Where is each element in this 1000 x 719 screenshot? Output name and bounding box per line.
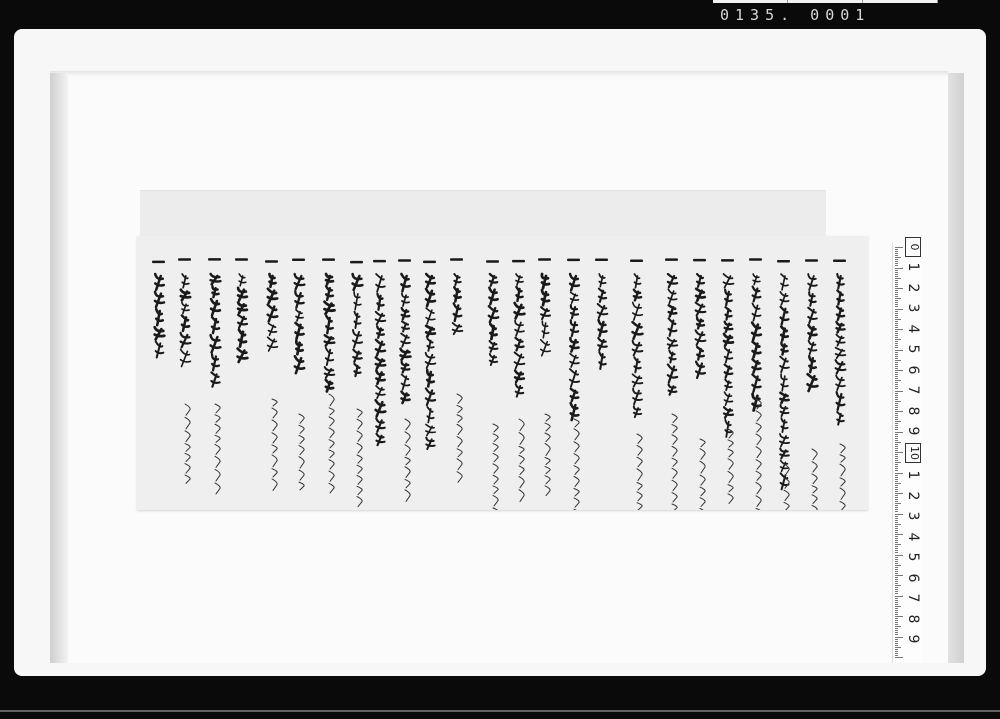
ruler-digit: 7	[903, 380, 923, 400]
ruler-tick	[895, 315, 898, 316]
annotation-glyph	[672, 504, 677, 510]
main-text-glyph	[598, 338, 606, 350]
ruler-tick	[895, 347, 898, 348]
main-text-glyph	[809, 292, 815, 306]
main-text-glyph	[697, 274, 704, 287]
main-text-glyph	[377, 294, 383, 310]
main-text-glyph	[696, 362, 705, 378]
main-text-glyph	[156, 309, 163, 325]
main-text-glyph	[724, 274, 734, 288]
ruler-tick	[895, 555, 903, 556]
main-text-glyph	[570, 274, 579, 290]
ruler-tick	[895, 626, 901, 627]
annotation-glyph	[672, 446, 677, 456]
document-column	[486, 260, 499, 510]
ruler-tick	[895, 352, 898, 353]
main-text-glyph	[376, 370, 384, 383]
ruler-tick	[895, 475, 898, 476]
ruler-tick	[895, 522, 898, 523]
ruler-tick	[895, 479, 898, 480]
ruler-tick	[895, 446, 898, 447]
ruler-tick	[895, 532, 898, 533]
main-text-glyph	[571, 320, 578, 336]
annotation-glyph	[329, 417, 334, 426]
annotation-glyph	[574, 509, 579, 510]
ruler-tick	[895, 577, 898, 578]
main-text-glyph	[753, 287, 761, 302]
annotation-glyph	[357, 486, 362, 494]
item-marker	[567, 259, 580, 262]
main-text-glyph	[837, 392, 845, 410]
main-text-glyph	[239, 274, 246, 286]
ruler-tick	[895, 632, 898, 633]
ruler-digit: 5	[903, 339, 923, 359]
ruler-tick	[895, 419, 898, 420]
annotation-glyph	[545, 467, 550, 474]
ruler-tick	[895, 546, 898, 547]
main-text-glyph	[571, 292, 579, 303]
main-text-glyph	[633, 389, 642, 404]
main-text-glyph	[668, 338, 678, 349]
document-column	[721, 259, 734, 503]
main-text-glyph	[781, 327, 788, 341]
main-text-glyph	[268, 323, 276, 335]
main-text-glyph	[781, 473, 789, 489]
ruler-tick	[895, 466, 898, 467]
main-text-glyph	[427, 370, 434, 386]
annotation-glyph	[272, 479, 277, 491]
annotation-glyph	[700, 475, 705, 485]
annotation-glyph	[272, 469, 277, 477]
document-column	[178, 258, 191, 483]
main-text-glyph	[353, 274, 363, 290]
annotation-glyph	[493, 486, 498, 494]
ruler-tick	[895, 382, 898, 383]
document-column	[693, 259, 706, 510]
main-text-glyph	[402, 374, 410, 389]
ruler-tick	[895, 306, 898, 307]
main-text-glyph	[490, 341, 498, 352]
annotation-glyph	[637, 483, 642, 490]
ruler-label-zero: 0	[905, 237, 921, 257]
main-text-glyph	[376, 274, 385, 292]
ruler-tick	[895, 272, 898, 273]
ruler-digit: 1	[903, 257, 923, 277]
annotation-glyph	[728, 494, 733, 504]
ruler-tick	[895, 579, 898, 580]
ruler-tick	[895, 436, 898, 437]
main-text-glyph	[542, 321, 548, 338]
ruler-tick	[895, 327, 898, 328]
annotation-glyph	[215, 424, 220, 433]
item-marker	[630, 259, 643, 262]
main-text-glyph	[515, 303, 525, 319]
main-text-glyph	[238, 302, 247, 312]
item-marker	[777, 260, 790, 263]
main-text-glyph	[634, 357, 640, 372]
main-text-glyph	[426, 289, 435, 306]
ruler-tick	[895, 329, 903, 330]
main-text-glyph	[725, 322, 733, 332]
ruler-tick	[895, 645, 898, 646]
annotation-glyph	[840, 478, 845, 486]
document-column	[322, 258, 335, 492]
main-text-glyph	[454, 303, 462, 321]
main-text-glyph	[211, 372, 219, 386]
document-column	[292, 259, 305, 490]
ruler-tick	[895, 317, 898, 318]
annotation-glyph	[299, 446, 304, 455]
ruler-tick	[895, 335, 898, 336]
annotation-glyph	[519, 433, 524, 445]
annotation-glyph	[812, 462, 817, 472]
main-text-glyph	[752, 375, 760, 392]
main-text-glyph	[753, 342, 761, 357]
annotation-glyph	[357, 455, 362, 463]
main-text-glyph	[696, 289, 705, 301]
document-column	[595, 258, 608, 369]
annotation-glyph	[299, 435, 304, 443]
annotation-glyph	[405, 445, 410, 455]
ruler-tick	[895, 483, 901, 484]
annotation-glyph	[574, 498, 579, 507]
ruler-tick	[895, 434, 898, 435]
ruler-tick	[895, 468, 898, 469]
item-marker	[805, 259, 818, 262]
main-text-glyph	[837, 412, 844, 425]
annotation-glyph	[185, 431, 190, 442]
main-text-glyph	[837, 307, 844, 320]
main-text-glyph	[426, 388, 435, 404]
annotation-glyph	[840, 464, 845, 476]
ruler-tick	[895, 253, 898, 254]
main-text-glyph	[542, 274, 549, 288]
main-text-glyph	[780, 448, 788, 458]
ruler-tick	[895, 270, 898, 271]
main-text-glyph	[426, 424, 435, 435]
main-text-glyph	[238, 315, 247, 328]
ruler-tick	[895, 448, 898, 449]
annotation-glyph	[700, 487, 705, 496]
ruler-tick	[895, 614, 898, 615]
main-text-glyph	[598, 304, 608, 318]
ruler-tick	[895, 399, 898, 400]
ruler-tick	[895, 415, 898, 416]
main-text-glyph	[426, 437, 434, 449]
main-text-glyph	[376, 418, 384, 431]
annotation-glyph	[215, 435, 220, 442]
ruler-tick	[895, 608, 898, 609]
main-text-glyph	[781, 405, 789, 416]
main-text-glyph	[376, 340, 385, 356]
document-column	[373, 260, 386, 445]
annotation-glyph	[272, 433, 277, 443]
annotation-glyph	[672, 425, 677, 433]
annotation-glyph	[756, 508, 761, 510]
item-marker	[235, 258, 248, 261]
annotation-glyph	[329, 394, 334, 406]
document-column	[265, 260, 278, 490]
document-column	[398, 259, 411, 501]
main-text-glyph	[808, 274, 817, 290]
ruler-tick	[895, 407, 898, 408]
annotation-glyph	[672, 480, 677, 490]
ruler-tick	[895, 282, 898, 283]
ruler-tick	[895, 294, 898, 295]
ruler-tick	[895, 655, 898, 656]
annotation-glyph	[840, 444, 845, 453]
handwriting-strokes	[137, 236, 868, 510]
main-text-glyph	[212, 317, 219, 333]
ruler-tick	[895, 573, 898, 574]
ruler-tick	[895, 354, 898, 355]
annotation-glyph	[357, 409, 362, 417]
annotation-glyph	[329, 408, 334, 415]
main-text-glyph	[354, 312, 360, 328]
annotation-glyph	[672, 468, 677, 478]
ruler-digit: 4	[903, 527, 923, 547]
ruler-tick	[895, 393, 898, 394]
ruler-tick	[895, 612, 898, 613]
main-text-glyph	[155, 274, 164, 290]
ruler-tick	[895, 450, 898, 451]
document-column	[833, 259, 846, 510]
annotation-glyph	[215, 404, 220, 413]
ruler-digit: 3	[903, 298, 923, 318]
ruler-tick	[895, 368, 898, 369]
annotation-glyph	[756, 411, 761, 421]
main-text-glyph	[836, 334, 844, 345]
ruler-digit: 5	[903, 547, 923, 567]
main-text-glyph	[326, 348, 333, 365]
main-text-glyph	[809, 325, 817, 339]
ruler-tick	[895, 606, 901, 607]
annotation-glyph	[357, 419, 362, 429]
main-text-glyph	[325, 335, 335, 345]
main-text-glyph	[668, 274, 677, 287]
ruler-tick	[895, 630, 898, 631]
main-text-glyph	[181, 333, 191, 347]
ruler-tick	[895, 425, 898, 426]
annotation-glyph	[840, 488, 845, 499]
frame-shadow-left	[50, 73, 68, 663]
ruler-tick	[895, 536, 898, 537]
ruler-tick	[895, 397, 898, 398]
main-text-glyph	[353, 350, 361, 362]
main-text-glyph	[516, 274, 523, 285]
document-column	[450, 258, 463, 482]
main-text-glyph	[541, 307, 550, 319]
ruler-tick	[895, 604, 898, 605]
main-text-glyph	[571, 389, 579, 401]
main-text-glyph	[490, 274, 497, 286]
main-text-glyph	[633, 341, 643, 356]
annotation-glyph	[329, 460, 334, 469]
ruler-tick	[895, 618, 898, 619]
ruler-tick	[895, 509, 898, 510]
annotation-glyph	[700, 439, 705, 447]
main-text-glyph	[326, 380, 333, 392]
ruler-tick	[895, 280, 898, 281]
annotation-glyph	[672, 414, 677, 423]
ruler-tick	[895, 374, 898, 375]
ruler-tick	[895, 657, 903, 658]
main-text-glyph	[401, 392, 409, 403]
main-text-glyph	[376, 357, 385, 368]
annotation-glyph	[299, 425, 304, 433]
measurement-ruler: 012345678910123456789	[892, 243, 923, 663]
main-text-glyph	[725, 307, 731, 320]
item-marker	[152, 261, 165, 264]
main-text-glyph	[669, 318, 677, 335]
ruler-tick	[895, 575, 903, 576]
main-text-glyph	[836, 360, 846, 374]
ruler-tick	[895, 444, 898, 445]
main-text-glyph	[781, 274, 788, 290]
main-text-glyph	[401, 274, 409, 291]
main-text-glyph	[326, 274, 333, 284]
annotation-glyph	[840, 501, 845, 510]
document-column	[749, 258, 762, 510]
annotation-glyph	[299, 482, 304, 490]
item-marker	[208, 258, 221, 261]
ruler-tick	[895, 587, 898, 588]
ruler-tick	[895, 366, 898, 367]
main-text-glyph	[426, 326, 435, 337]
ruler-tick	[895, 470, 898, 471]
document-column	[630, 259, 643, 510]
main-text-glyph	[295, 291, 303, 308]
main-text-glyph	[725, 420, 731, 437]
film-top-bar	[713, 0, 938, 3]
main-text-glyph	[633, 374, 643, 386]
ruler-digit: 6	[903, 568, 923, 588]
ruler-tick	[895, 569, 898, 570]
annotation-glyph	[545, 457, 550, 464]
ruler-tick	[895, 464, 898, 465]
ruler-tick	[895, 350, 903, 351]
annotation-glyph	[519, 490, 524, 502]
ruler-tick	[895, 309, 903, 310]
annotation-glyph	[329, 483, 334, 493]
item-marker	[350, 261, 363, 264]
annotation-glyph	[756, 423, 761, 432]
ruler-tick	[895, 345, 898, 346]
main-text-glyph	[211, 335, 221, 352]
annotation-glyph	[700, 461, 705, 473]
main-text-glyph	[377, 326, 384, 337]
ruler-tick	[895, 296, 898, 297]
ruler-tick	[895, 641, 898, 642]
main-text-glyph	[376, 386, 385, 398]
annotation-glyph	[812, 505, 817, 510]
annotation-glyph	[756, 496, 761, 507]
main-text-glyph	[781, 342, 787, 354]
annotation-glyph	[457, 415, 462, 423]
annotation-glyph	[457, 459, 462, 470]
annotation-glyph	[784, 502, 789, 510]
main-text-glyph	[780, 393, 788, 403]
ruler-tick	[895, 395, 898, 396]
ruler-tick	[895, 503, 901, 504]
annotation-glyph	[493, 475, 498, 484]
ruler-tick	[895, 622, 898, 623]
annotation-glyph	[329, 428, 334, 438]
ruler-tick	[895, 427, 898, 428]
document-column	[512, 260, 525, 502]
main-text-glyph	[181, 290, 190, 301]
annotation-glyph	[357, 497, 362, 507]
ruler-tick	[895, 440, 898, 441]
annotation-glyph	[812, 474, 817, 484]
ruler-tick	[895, 263, 898, 264]
annotation-glyph	[728, 471, 733, 482]
main-text-glyph	[354, 292, 361, 310]
main-text-glyph	[725, 365, 733, 378]
main-text-glyph	[808, 374, 818, 391]
annotation-glyph	[329, 450, 334, 458]
annotation-glyph	[493, 424, 498, 432]
annotation-glyph	[457, 394, 462, 403]
annotation-glyph	[493, 495, 498, 505]
ruler-tick	[895, 530, 898, 531]
annotation-glyph	[272, 445, 277, 453]
ruler-tick	[895, 456, 898, 457]
main-text-glyph	[515, 320, 524, 335]
ruler-tick	[895, 302, 898, 303]
main-text-glyph	[542, 290, 549, 305]
main-text-glyph	[212, 354, 219, 370]
ruler-digit: 8	[903, 609, 923, 629]
annotation-glyph	[405, 457, 410, 464]
ruler-tick	[895, 538, 898, 539]
ruler-tick	[895, 567, 898, 568]
annotation-glyph	[519, 466, 524, 475]
main-text-glyph	[295, 356, 304, 373]
annotation-glyph	[519, 477, 524, 488]
main-text-glyph	[325, 367, 334, 378]
ruler-tick	[895, 432, 903, 433]
document-column	[423, 261, 436, 449]
item-marker	[398, 259, 411, 262]
annotation-glyph	[185, 417, 190, 429]
ruler-tick	[895, 391, 903, 392]
main-text-glyph	[781, 307, 789, 325]
ruler-tick	[895, 628, 898, 629]
ruler-digit: 2	[903, 486, 923, 506]
ruler-tick	[895, 501, 898, 502]
main-text-glyph	[808, 308, 817, 323]
main-text-glyph	[634, 290, 641, 301]
ruler-tick	[895, 405, 898, 406]
main-text-glyph	[724, 392, 732, 405]
annotation-glyph	[728, 429, 733, 438]
annotation-glyph	[457, 472, 462, 483]
main-text-glyph	[725, 348, 733, 363]
annotation-glyph	[272, 420, 277, 431]
ruler-tick	[895, 268, 903, 269]
item-marker	[450, 258, 463, 261]
ruler-tick	[895, 548, 898, 549]
ruler-tick	[895, 583, 898, 584]
ruler-tick	[895, 585, 901, 586]
ruler-tick	[895, 403, 898, 404]
document-column	[350, 261, 363, 507]
ruler-tick	[895, 462, 901, 463]
ruler-digit: 9	[903, 421, 923, 441]
annotation-glyph	[756, 460, 761, 470]
ruler-tick	[895, 505, 898, 506]
